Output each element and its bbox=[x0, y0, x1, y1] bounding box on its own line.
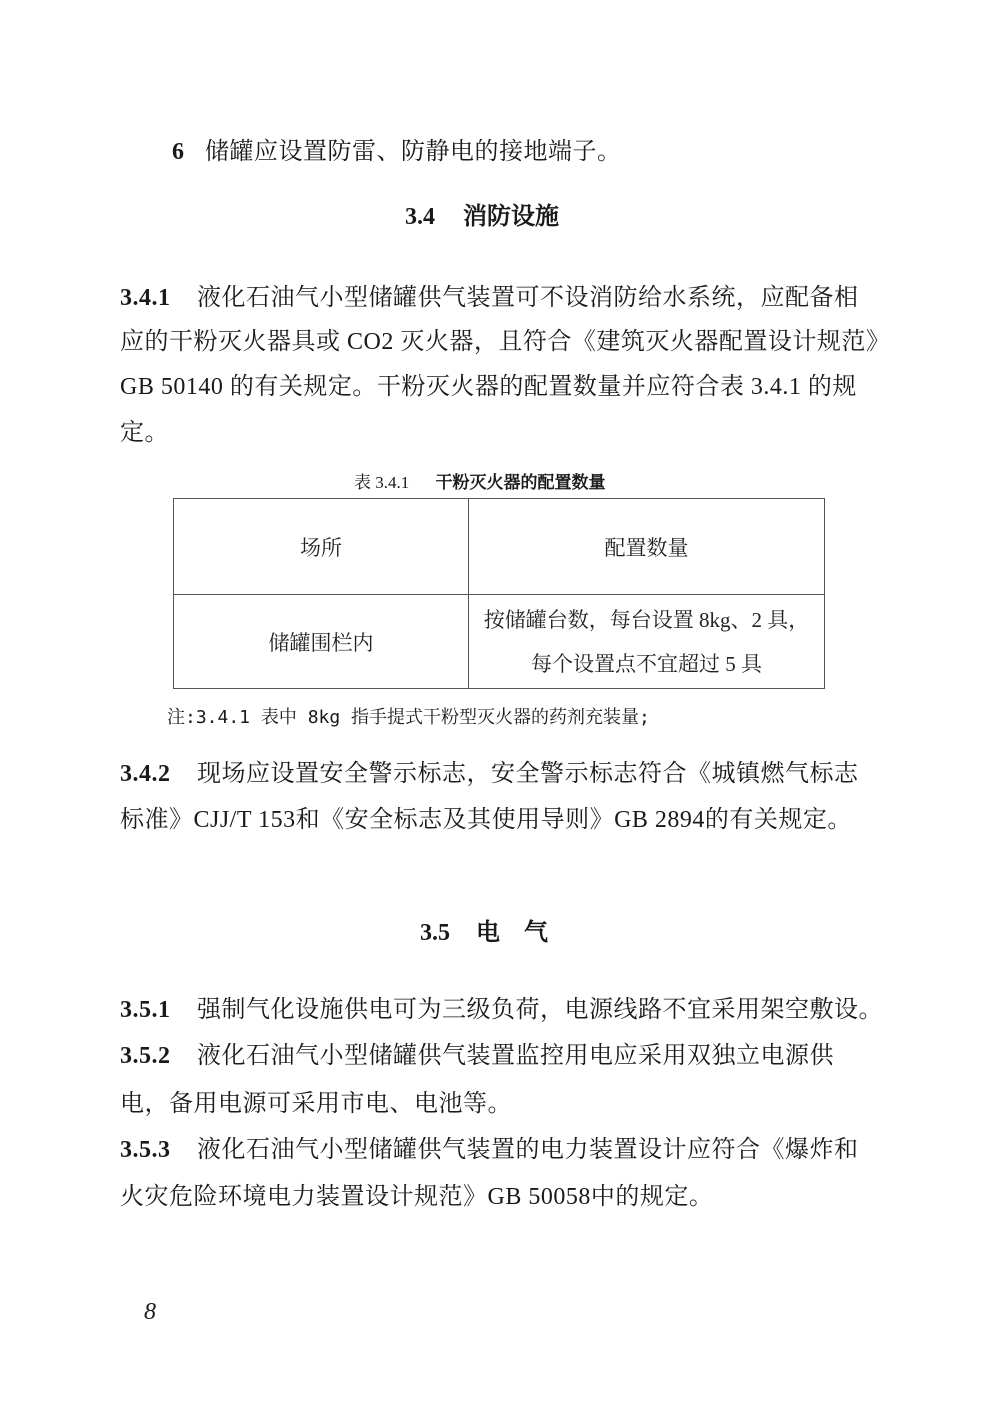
clause-3-5-1-line-1: 3.5.1 强制气化设施供电可为三级负荷，电源线路不宜采用架空敷设。 bbox=[120, 995, 883, 1025]
clause-3-5-2-line-2: 电，备用电源可采用市电、电池等。 bbox=[120, 1089, 512, 1119]
clause-number: 3.5.3 bbox=[120, 1137, 171, 1163]
table-caption-number: 表 3.4.1 bbox=[354, 473, 409, 492]
clause-number: 3.5.2 bbox=[120, 1043, 171, 1069]
clause-3-4-1-line-3: GB 50140 的有关规定。干粉灭火器的配置数量并应符合表 3.4.1 的规 bbox=[120, 372, 857, 402]
clause-3-5-2-line-1: 3.5.2 液化石油气小型储罐供气装置监控用电应采用双独立电源供 bbox=[120, 1041, 834, 1071]
table-row: 储罐围栏内 按储罐台数，每台设置 8kg、2 具， 每个设置点不宜超过 5 具 bbox=[174, 595, 825, 689]
list-item-6: 6 储罐应设置防雷、防静电的接地端子。 bbox=[172, 137, 622, 167]
clause-text: 现场应设置安全警示标志，安全警示标志符合《城镇燃气标志 bbox=[197, 761, 859, 787]
clause-text: 液化石油气小型储罐供气装置可不设消防给水系统，应配备相 bbox=[197, 285, 859, 311]
clause-3-4-1-line-2: 应的干粉灭火器具或 CO2 灭火器，且符合《建筑灭火器配置设计规范》 bbox=[120, 327, 890, 357]
clause-3-4-1-line-1: 3.4.1 液化石油气小型储罐供气装置可不设消防给水系统，应配备相 bbox=[120, 283, 859, 313]
clause-3-4-2-line-2: 标准》CJJ/T 153和《安全标志及其使用导则》GB 2894的有关规定。 bbox=[120, 805, 852, 835]
cell-place: 储罐围栏内 bbox=[174, 595, 469, 689]
header-cell-quantity: 配置数量 bbox=[469, 499, 825, 595]
header-cell-place: 场所 bbox=[174, 499, 469, 595]
item-text: 储罐应设置防雷、防静电的接地端子。 bbox=[205, 139, 622, 165]
clause-number: 3.5.1 bbox=[120, 997, 171, 1023]
clause-number: 3.4.1 bbox=[120, 285, 171, 311]
table-note: 注:3.4.1 表中 8kg 指手提式干粉型灭火器的药剂充装量; bbox=[167, 706, 650, 730]
section-heading-3-5: 3.5 电 气 bbox=[420, 918, 548, 948]
table-caption-title: 干粉灭火器的配置数量 bbox=[436, 473, 606, 492]
clause-text: 液化石油气小型储罐供气装置监控用电应采用双独立电源供 bbox=[197, 1043, 834, 1069]
clause-text: 液化石油气小型储罐供气装置的电力装置设计应符合《爆炸和 bbox=[197, 1137, 859, 1163]
section-title: 消防设施 bbox=[463, 204, 559, 230]
clause-3-5-3-line-1: 3.5.3 液化石油气小型储罐供气装置的电力装置设计应符合《爆炸和 bbox=[120, 1135, 859, 1165]
section-number: 3.4 bbox=[405, 204, 435, 230]
clause-number: 3.4.2 bbox=[120, 761, 171, 787]
clause-3-4-1-line-4: 定。 bbox=[120, 418, 169, 448]
page-number: 8 bbox=[144, 1299, 156, 1326]
section-title: 电 气 bbox=[476, 920, 548, 946]
clause-text: 强制气化设施供电可为三级负荷，电源线路不宜采用架空敷设。 bbox=[197, 997, 883, 1023]
item-number: 6 bbox=[172, 139, 185, 165]
table-header-row: 场所 配置数量 bbox=[174, 499, 825, 595]
clause-3-5-3-line-2: 火灾危险环境电力装置设计规范》GB 50058中的规定。 bbox=[120, 1182, 713, 1212]
section-number: 3.5 bbox=[420, 920, 450, 946]
section-heading-3-4: 3.4 消防设施 bbox=[405, 202, 559, 232]
cell-quantity-line-1: 按储罐台数，每台设置 8kg、2 具， bbox=[469, 598, 824, 642]
table-caption: 表 3.4.1 干粉灭火器的配置数量 bbox=[354, 472, 606, 494]
extinguisher-table: 场所 配置数量 储罐围栏内 按储罐台数，每台设置 8kg、2 具， 每个设置点不… bbox=[173, 498, 825, 689]
clause-3-4-2-line-1: 3.4.2 现场应设置安全警示标志，安全警示标志符合《城镇燃气标志 bbox=[120, 759, 859, 789]
cell-quantity: 按储罐台数，每台设置 8kg、2 具， 每个设置点不宜超过 5 具 bbox=[469, 595, 825, 689]
cell-quantity-line-2: 每个设置点不宜超过 5 具 bbox=[469, 642, 824, 686]
